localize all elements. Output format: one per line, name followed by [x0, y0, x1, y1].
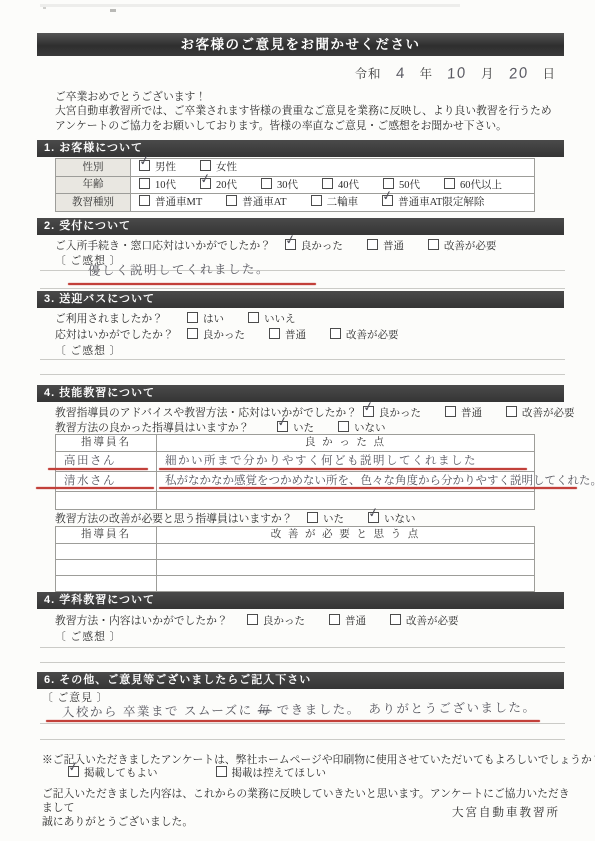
writing-rule-line: [40, 288, 565, 289]
age-options: 10代✓20代30代40代50代60代以上: [131, 176, 535, 194]
checkbox-option[interactable]: 改善が必要: [330, 328, 399, 343]
gender-options: ✓男性女性: [131, 159, 535, 177]
option-label: 普通車AT限定解除: [398, 197, 484, 208]
instructor-name-handwritten: 高田さん: [64, 454, 116, 469]
reception-question-line: ご入所手続き・窓口応対はいかがでしたか？✓良かった普通改善が必要: [55, 239, 520, 254]
question-text: 応対はいかがでしたか？: [55, 328, 173, 342]
checkbox-icon[interactable]: [390, 614, 401, 625]
red-pen-underline: [48, 468, 148, 470]
checkbox-option[interactable]: いいえ: [248, 312, 296, 327]
table-header-row: 指導員名 良 か っ た 点: [56, 435, 535, 452]
checkbox-option[interactable]: ✓20代: [200, 178, 237, 193]
checkbox-option[interactable]: 10代: [139, 178, 176, 193]
option-label: 良かった: [203, 330, 245, 341]
bus-service-question-line: 応対はいかがでしたか？良かった普通改善が必要: [55, 328, 423, 343]
section-bus-header: 3. 送迎バスについて: [37, 291, 564, 308]
bus-used-question-line: ご利用されましたか？はいいいえ: [55, 312, 320, 327]
checkbox-icon[interactable]: [216, 766, 227, 777]
checkbox-option[interactable]: 良かった: [247, 614, 305, 629]
red-pen-underline: [159, 468, 527, 470]
checked-checkbox-icon[interactable]: ✓: [200, 178, 211, 189]
option-label: 改善が必要: [406, 616, 459, 627]
scan-artifact: [40, 4, 460, 7]
checkbox-option[interactable]: 普通: [269, 328, 306, 343]
writing-rule-line: [40, 647, 565, 648]
option-label: 改善が必要: [346, 330, 399, 341]
checked-checkbox-icon[interactable]: ✓: [363, 406, 374, 417]
bus-used-options: はいいいえ: [187, 313, 320, 325]
checked-checkbox-icon[interactable]: ✓: [368, 512, 379, 523]
question-text: 教習指導員のアドバイスや教習方法・応対はいかがでしたか？: [55, 407, 357, 419]
handwritten-text: 入校から 卒業まで スムーズに: [62, 703, 258, 719]
column-header-good-point: 良 か っ た 点: [157, 435, 535, 452]
option-label: 掲載してもよい: [84, 768, 158, 779]
academic-question-line: 教習方法・内容はいかがでしたか？良かった普通改善が必要: [55, 614, 483, 629]
date-month-value: 10: [447, 63, 467, 84]
option-label: 40代: [338, 180, 359, 191]
skill-advice-options: ✓良かった普通改善が必要: [363, 407, 595, 419]
skill-improve-question-line: 教習方法の改善が必要と思う指導員はいますか？いた✓いない: [55, 512, 440, 527]
option-label: 60代以上: [460, 180, 502, 191]
checkbox-icon[interactable]: [139, 178, 150, 189]
date-year-value: 4: [395, 64, 406, 84]
checkbox-icon[interactable]: [307, 512, 318, 523]
permission-question: ※ご記入いただきましたアンケートは、弊社ホームページや印刷物に使用させていただい…: [42, 753, 572, 767]
handwritten-struck-char: 毎: [258, 703, 272, 717]
academic-options: 良かった普通改善が必要: [247, 615, 483, 627]
checkbox-option[interactable]: いた: [307, 512, 344, 527]
question-text: 教習方法・内容はいかがでしたか？: [55, 614, 233, 628]
option-label: 普通: [383, 241, 404, 252]
option-label: 普通: [285, 330, 306, 341]
course-options: 普通車MT普通車AT二輪車✓普通車AT限定解除: [131, 194, 535, 212]
option-label: 良かった: [379, 408, 421, 419]
checkbox-icon[interactable]: [428, 239, 439, 250]
improve-instructor-table: 指導員名 改 善 が 必 要 と 思 う 点: [55, 526, 535, 592]
row-label-course: 教習種別: [56, 194, 131, 212]
option-label: 改善が必要: [444, 241, 497, 252]
date-day-value: 20: [508, 63, 528, 84]
checkbox-option[interactable]: ✓良かった: [285, 239, 343, 254]
section-title: 4. 技能教習について: [44, 386, 155, 400]
option-label: 良かった: [263, 616, 305, 627]
intro-line: アンケートのご協力をお願いしております。皆様の率直なご意見・ご感想をお聞かせ下さ…: [55, 119, 565, 133]
table-row: 年齢 10代✓20代30代40代50代60代以上: [56, 176, 535, 194]
table-row: 性別 ✓男性女性: [56, 159, 535, 177]
checkbox-option[interactable]: ✓掲載してもよい: [68, 766, 158, 781]
table-row: 清水さん 私がなかなか感覚をつかめない所を、色々な角度から分かりやすく説明してく…: [56, 472, 535, 492]
section-title: 3. 送迎バスについて: [44, 292, 155, 306]
checked-checkbox-icon[interactable]: ✓: [68, 766, 79, 777]
question-text: 教習方法の改善が必要と思う指導員はいますか？: [55, 512, 293, 526]
checkbox-icon[interactable]: [187, 312, 198, 323]
school-signature: 大宮自動車教習所: [0, 806, 560, 821]
checkbox-option[interactable]: 60代以上: [444, 178, 502, 193]
checkbox-option[interactable]: 良かった: [187, 328, 245, 343]
intro-line: ご卒業おめでとうございます！: [55, 90, 565, 104]
checkbox-icon[interactable]: [506, 406, 517, 417]
table-row-empty: [56, 575, 535, 591]
checkbox-icon[interactable]: [338, 421, 349, 432]
checkbox-option[interactable]: 40代: [322, 178, 359, 193]
improve-instructor-options: いた✓いない: [307, 513, 440, 525]
option-label: いた: [293, 423, 314, 434]
checked-checkbox-icon[interactable]: ✓: [139, 160, 150, 171]
date-day-suffix: 日: [542, 67, 556, 81]
scan-artifact: [110, 9, 116, 12]
comment-label: 〔 ご感想 〕: [55, 630, 121, 644]
column-header-instructor: 指導員名: [56, 527, 157, 544]
question-text: ご入所手続き・窓口応対はいかがでしたか？: [55, 240, 271, 252]
section-academic-header: 4. 学科教習について: [37, 592, 564, 609]
red-pen-underline: [36, 487, 154, 489]
reception-options: ✓良かった普通改善が必要: [285, 240, 521, 252]
section-title: 2. 受付について: [44, 219, 131, 233]
checkbox-option[interactable]: 改善が必要: [428, 239, 497, 254]
section-skill-header: 4. 技能教習について: [37, 385, 564, 402]
row-label-age: 年齢: [56, 176, 131, 194]
column-header-improve-point: 改 善 が 必 要 と 思 う 点: [157, 527, 535, 544]
red-pen-underline: [46, 720, 540, 722]
table-row: 教習種別 普通車MT普通車AT二輪車✓普通車AT限定解除: [56, 194, 535, 212]
checkbox-icon[interactable]: [269, 328, 280, 339]
checkbox-option[interactable]: 改善が必要: [506, 406, 575, 421]
section-customer-header: 1. お客様について: [37, 140, 564, 157]
checkbox-option[interactable]: ✓普通車AT限定解除: [382, 195, 484, 210]
checkbox-icon[interactable]: [187, 328, 198, 339]
option-label: 普通車AT: [242, 197, 286, 208]
checkbox-icon[interactable]: [248, 312, 259, 323]
checkbox-icon[interactable]: [311, 195, 322, 206]
option-label: はい: [203, 314, 224, 325]
row-label-gender: 性別: [56, 159, 131, 177]
section-reception-header: 2. 受付について: [37, 218, 564, 235]
checkbox-icon[interactable]: [330, 328, 341, 339]
bus-service-options: 良かった普通改善が必要: [187, 329, 423, 341]
writing-rule-line: [40, 739, 565, 740]
checkbox-option[interactable]: ✓男性: [139, 160, 176, 175]
checkbox-option[interactable]: ✓いない: [368, 512, 416, 527]
scan-artifact: [43, 7, 46, 9]
section-title: 6. その他、ご意見等ございましたらご記入下さい: [44, 673, 311, 687]
intro-paragraph: ご卒業おめでとうございます！ 大宮自動車教習所では、ご卒業されます皆様の貴重なご…: [55, 90, 565, 133]
survey-scan-page: お客様のご意見をお聞かせください 令和 4 年 10 月 20 日 ご卒業おめで…: [0, 0, 595, 841]
column-header-instructor: 指導員名: [56, 435, 157, 452]
option-label: 普通: [461, 408, 482, 419]
date-era-label: 令和: [354, 67, 381, 81]
comment-label: 〔 ご感想 〕: [55, 344, 121, 358]
option-label: 普通車MT: [155, 197, 202, 208]
option-label: 男性: [155, 162, 176, 173]
checkbox-icon[interactable]: [367, 239, 378, 250]
checkbox-option[interactable]: ✓良かった: [363, 406, 421, 421]
red-pen-underline: [159, 487, 577, 489]
writing-rule-line: [40, 723, 565, 724]
checked-checkbox-icon[interactable]: ✓: [382, 195, 393, 206]
question-text: 教習方法の良かった指導員はいますか？: [55, 421, 263, 435]
table-row-empty: [56, 543, 535, 559]
good-point-handwritten: 細かい所まで分かりやすく何ども説明してくれました: [165, 454, 477, 469]
option-label: 10代: [155, 180, 176, 191]
checkbox-option[interactable]: 普通車AT: [226, 195, 286, 210]
option-label: いいえ: [264, 314, 296, 325]
option-label: 普通: [345, 616, 366, 627]
checkbox-option[interactable]: 掲載は控えてほしい: [216, 766, 327, 781]
check-mark-icon: ✓: [284, 232, 297, 247]
checkbox-icon[interactable]: [329, 614, 340, 625]
option-label: 30代: [277, 180, 298, 191]
skill-advice-question-line: 教習指導員のアドバイスや教習方法・応対はいかがでしたか？✓良かった普通改善が必要: [55, 406, 595, 421]
checkbox-option[interactable]: 改善が必要: [390, 614, 459, 629]
date-line: 令和 4 年 10 月 20 日: [0, 64, 560, 84]
option-label: 20代: [216, 180, 237, 191]
option-label: いた: [323, 514, 344, 525]
option-label: いない: [384, 514, 416, 525]
checkbox-icon[interactable]: [200, 160, 211, 171]
good-instructor-options: ✓いたいない: [277, 422, 410, 434]
handwritten-text: できました。 ありがとうございました。: [272, 701, 537, 718]
option-label: 二輪車: [327, 197, 359, 208]
checkbox-icon[interactable]: [445, 406, 456, 417]
checkbox-icon[interactable]: [247, 614, 258, 625]
checkbox-option[interactable]: 普通: [445, 406, 482, 421]
option-label: 掲載は控えてほしい: [232, 768, 327, 779]
table-row: 高田さん 細かい所まで分かりやすく何ども説明してくれました: [56, 452, 535, 472]
date-year-suffix: 年: [420, 67, 434, 81]
permission-options-line: ✓掲載してもよい掲載は控えてほしい: [68, 766, 384, 781]
checkbox-icon[interactable]: [261, 178, 272, 189]
section-other-header: 6. その他、ご意見等ございましたらご記入下さい: [37, 672, 564, 689]
table-header-row: 指導員名 改 善 が 必 要 と 思 う 点: [56, 527, 535, 544]
checked-checkbox-icon[interactable]: ✓: [285, 239, 296, 250]
table-row-empty: [56, 559, 535, 575]
checkbox-icon[interactable]: [444, 178, 455, 189]
checkbox-icon[interactable]: [226, 195, 237, 206]
intro-line: 大宮自動車教習所では、ご卒業されます皆様の貴重なご意見を業務に反映し、より良い教…: [55, 104, 565, 118]
checked-checkbox-icon[interactable]: ✓: [277, 421, 288, 432]
writing-rule-line: [40, 662, 565, 663]
checkbox-icon[interactable]: [322, 178, 333, 189]
checkbox-option[interactable]: 30代: [261, 178, 298, 193]
section-title: 1. お客様について: [44, 141, 143, 155]
option-label: 良かった: [301, 241, 343, 252]
date-month-suffix: 月: [481, 67, 495, 81]
reception-handwritten-comment: 優しく説明してくれました。: [88, 261, 270, 279]
checkbox-icon[interactable]: [139, 195, 150, 206]
checkbox-option[interactable]: 普通: [367, 239, 404, 254]
other-handwritten-comment: 入校から 卒業まで スムーズに 毎 できました。 ありがとうございました。: [62, 700, 537, 721]
writing-rule-line: [40, 359, 565, 360]
option-label: 女性: [216, 162, 237, 173]
checkbox-option[interactable]: はい: [187, 312, 224, 327]
option-label: 50代: [399, 180, 420, 191]
option-label: 改善が必要: [522, 408, 575, 419]
page-title-bar: お客様のご意見をお聞かせください: [37, 33, 564, 56]
section-title: 4. 学科教習について: [44, 593, 155, 607]
option-label: いない: [354, 423, 386, 434]
checkbox-option[interactable]: 普通車MT: [139, 195, 202, 210]
customer-info-table: 性別 ✓男性女性 年齢 10代✓20代30代40代50代60代以上 教習種別 普…: [55, 158, 535, 212]
permission-options: ✓掲載してもよい掲載は控えてほしい: [68, 767, 384, 779]
writing-rule-line: [40, 374, 565, 375]
page-title: お客様のご意見をお聞かせください: [181, 36, 421, 54]
checkbox-option[interactable]: 二輪車: [311, 195, 359, 210]
good-instructor-table: 指導員名 良 か っ た 点 高田さん 細かい所まで分かりやすく何ども説明してく…: [55, 434, 535, 510]
question-text: ご利用されましたか？: [55, 312, 173, 326]
table-row-empty: [56, 492, 535, 510]
comment-label: 〔 ご意見 〕: [42, 691, 108, 705]
red-pen-underline: [68, 283, 316, 285]
checkbox-option[interactable]: 普通: [329, 614, 366, 629]
